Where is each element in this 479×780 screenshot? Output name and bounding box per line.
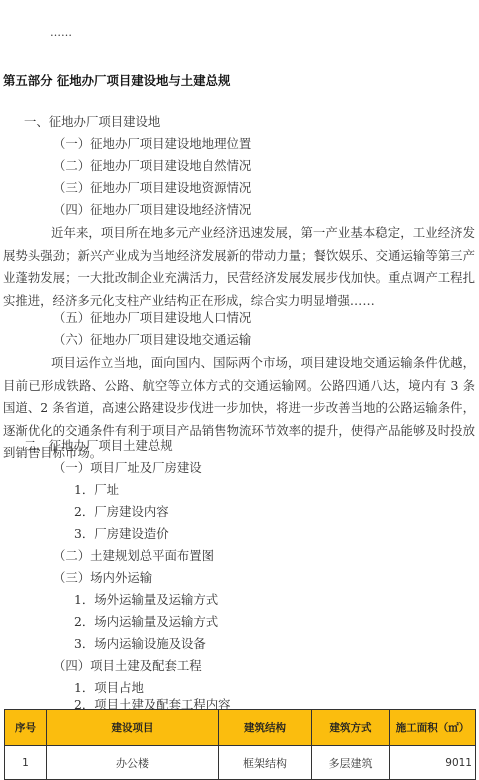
col-header-project: 建设项目	[47, 710, 219, 746]
part2-sub1-item-cost: 3．厂房建设造价	[74, 526, 169, 542]
part1-item-location: （一）征地办厂项目建设地地理位置	[53, 136, 251, 152]
part1-item-resources: （三）征地办厂项目建设地资源情况	[53, 180, 251, 196]
part1-item-economy: （四）征地办厂项目建设地经济情况	[53, 202, 251, 218]
table-row: 1 办公楼 框架结构 多层建筑 9011	[5, 746, 476, 780]
part1-item-transport: （六）征地办厂项目建设地交通运输	[53, 332, 251, 348]
cell-index: 1	[5, 746, 47, 780]
cell-area: 9011	[390, 746, 476, 780]
cell-method: 多层建筑	[312, 746, 390, 780]
col-header-index: 序号	[5, 710, 47, 746]
part2-sub3-item-external: 1．场外运输量及运输方式	[74, 592, 218, 608]
part1-item-population: （五）征地办厂项目建设地人口情况	[53, 310, 251, 326]
part2-sub4-item-land: 1．项目占地	[74, 680, 144, 696]
cell-structure: 框架结构	[219, 746, 312, 780]
part2-sub1-item-site: 1．厂址	[74, 482, 119, 498]
col-header-area: 施工面积（㎡）	[390, 710, 476, 746]
section-title: 第五部分 征地办厂项目建设地与土建总规	[3, 71, 230, 89]
part2-sub3-item-equipment: 3．场内运输设施及设备	[74, 636, 206, 652]
part1-heading: 一、征地办厂项目建设地	[24, 114, 160, 130]
part2-sub3-title: （三）场内外运输	[53, 570, 152, 586]
part2-sub1-item-content: 2．厂房建设内容	[74, 504, 169, 520]
economy-paragraph: 近年来，项目所在地多元产业经济迅速发展，第一产业基本稳定，工业经济发展势头强劲；…	[3, 222, 475, 312]
part2-sub1-title: （一）项目厂址及厂房建设	[53, 460, 202, 476]
part1-item-nature: （二）征地办厂项目建设地自然情况	[53, 158, 251, 174]
construction-table: 序号 建设项目 建筑结构 建筑方式 施工面积（㎡） 1 办公楼 框架结构 多层建…	[4, 709, 476, 780]
part2-sub2-title: （二）土建规划总平面布置图	[53, 548, 214, 564]
table-header-row: 序号 建设项目 建筑结构 建筑方式 施工面积（㎡）	[5, 710, 476, 746]
leading-ellipsis: ……	[50, 26, 72, 39]
cell-project: 办公楼	[47, 746, 219, 780]
part2-sub3-item-internal: 2．场内运输量及运输方式	[74, 614, 218, 630]
col-header-method: 建筑方式	[312, 710, 390, 746]
col-header-structure: 建筑结构	[219, 710, 312, 746]
part2-sub4-title: （四）项目土建及配套工程	[53, 658, 202, 674]
part2-heading: 二、征地办厂项目土建总规	[24, 438, 173, 454]
